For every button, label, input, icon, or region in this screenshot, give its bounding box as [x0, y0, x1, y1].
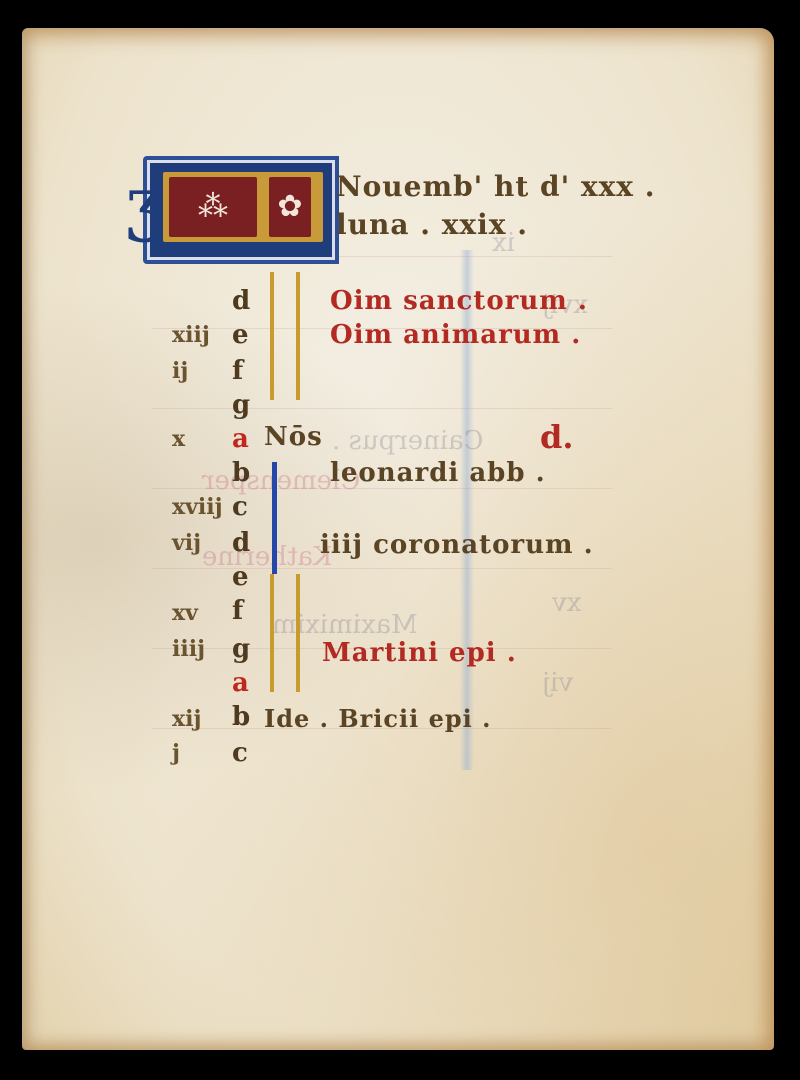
- show-through-text: Katherine: [202, 542, 332, 572]
- show-through-text: Cainerpus .: [332, 426, 484, 456]
- ruling-line: [152, 408, 612, 409]
- dominical-letter: e: [232, 320, 249, 350]
- show-through-text: vij: [542, 668, 573, 698]
- moon-heading: luna . xxix .: [336, 208, 528, 241]
- dominical-letter: e: [232, 562, 249, 592]
- dominical-letter: d: [232, 286, 250, 316]
- dominical-letter: f: [232, 356, 243, 386]
- golden-number: x: [172, 426, 185, 452]
- dominical-letter: b: [232, 702, 250, 732]
- kl-gold-marker: [270, 272, 300, 400]
- dominical-letter: a: [232, 424, 249, 454]
- dominical-letter: b: [232, 458, 250, 488]
- feast-leonard: leonardi abb .: [330, 458, 546, 488]
- feast-all-souls: Oim animarum .: [330, 320, 581, 350]
- golden-number: j: [172, 740, 180, 766]
- feast-four-crowned: iiij coronatorum .: [320, 530, 594, 560]
- dominical-letter: c: [232, 492, 248, 522]
- kl-blue-marker: [272, 462, 299, 574]
- dominical-letter: a: [232, 668, 249, 698]
- golden-number: xviij: [172, 494, 223, 520]
- dominical-letter: g: [232, 390, 250, 420]
- dominical-letter: g: [232, 634, 250, 664]
- gold-ground: ⁂ ✿: [163, 172, 323, 242]
- initial-flourish: ʒ: [125, 168, 165, 238]
- feast-martin: Martini epi .: [322, 638, 517, 668]
- month-heading: Nouemb' ht d' xxx .: [336, 170, 655, 203]
- feast-brice: Ide . Bricii epi .: [264, 704, 491, 733]
- show-through-text: xv: [552, 588, 581, 618]
- feast-all-saints: Oim sanctorum .: [330, 286, 588, 316]
- golden-number: xiij: [172, 322, 210, 348]
- initial-letter-k: ⁂: [169, 177, 257, 237]
- dominical-letter: c: [232, 738, 248, 768]
- margin-marker: d.: [540, 418, 574, 456]
- kl-gold-marker: [270, 574, 300, 692]
- feast-nones: Nōs: [264, 422, 323, 452]
- golden-number: iiij: [172, 636, 205, 662]
- illuminated-initial-kl: ʒ ⁂ ✿: [143, 156, 339, 264]
- golden-number: xij: [172, 706, 201, 732]
- golden-number: xv: [172, 600, 198, 626]
- dominical-letter: f: [232, 596, 243, 626]
- golden-number: vij: [172, 530, 201, 556]
- dominical-letter: d: [232, 528, 250, 558]
- initial-letter-l: ✿: [269, 177, 311, 237]
- golden-number: ij: [172, 358, 188, 384]
